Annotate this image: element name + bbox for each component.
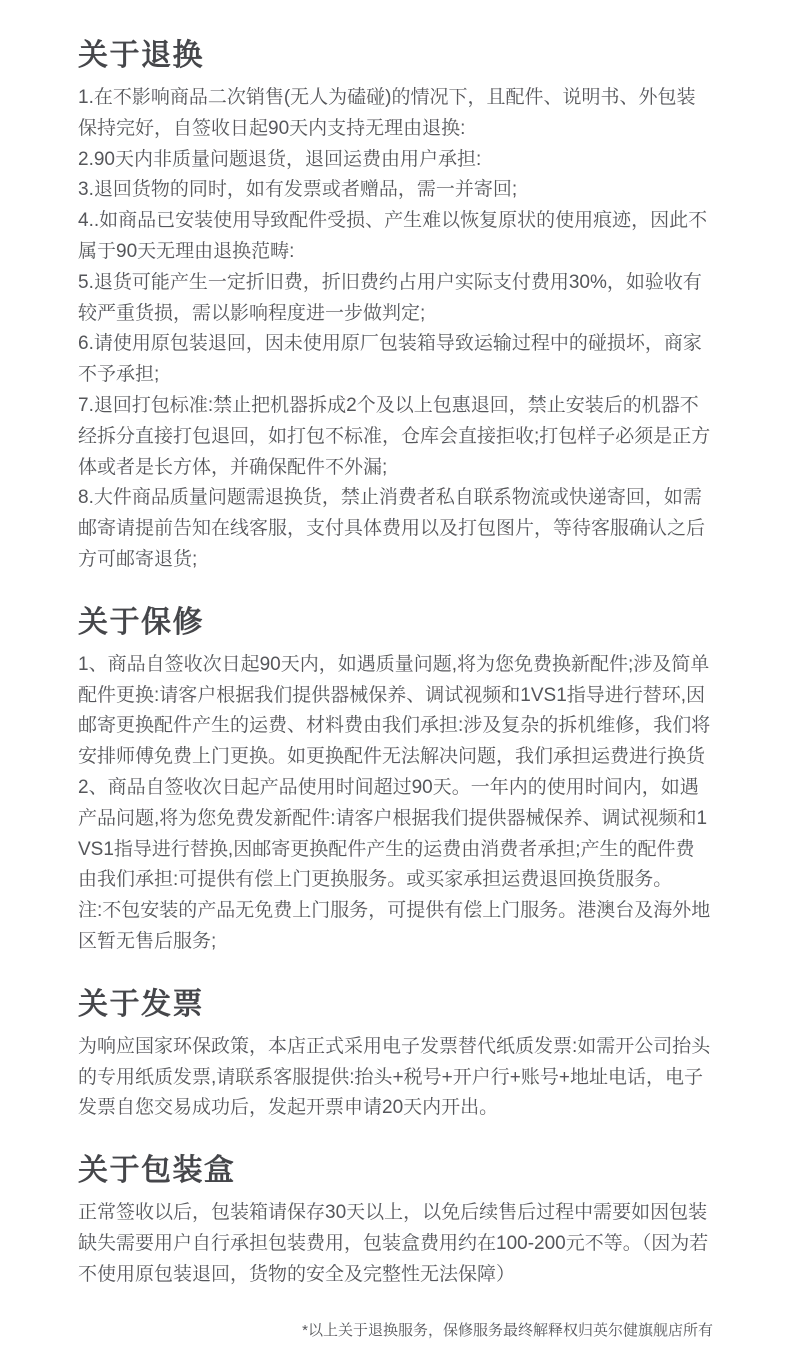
section-body: 为响应国家环保政策，本店正式采用电子发票替代纸质发票:如需开公司抬头的专用纸质发… xyxy=(78,1032,713,1124)
policy-paragraph: 注:不包安装的产品无免费上门服务，可提供有偿上门服务。港澳台及海外地区暂无售后服… xyxy=(78,896,713,958)
policy-paragraph: 8.大件商品质量问题需退换货，禁止消费者私自联系物流或快递寄回，如需邮寄请提前告… xyxy=(78,483,713,575)
section-body: 1.在不影响商品二次销售(无人为磕碰)的情况下，且配件、说明书、外包装保持完好，… xyxy=(78,83,713,576)
policy-paragraph: 7.退回打包标准:禁止把机器拆成2个及以上包惠退回，禁止安装后的机器不经拆分直接… xyxy=(78,391,713,483)
policy-section: 关于退换 1.在不影响商品二次销售(无人为磕碰)的情况下，且配件、说明书、外包装… xyxy=(78,38,713,576)
policy-section: 关于保修 1、商品自签收次日起90天内，如遇质量问题,将为您免费换新配件;涉及简… xyxy=(78,605,713,958)
section-title: 关于保修 xyxy=(78,605,713,641)
service-policy-page: 关于退换 1.在不影响商品二次销售(无人为磕碰)的情况下，且配件、说明书、外包装… xyxy=(0,0,790,1355)
policy-section: 关于发票 为响应国家环保政策，本店正式采用电子发票替代纸质发票:如需开公司抬头的… xyxy=(78,987,713,1124)
section-body: 正常签收以后，包装箱请保存30天以上，以免后续售后过程中需要如因包装缺失需要用户… xyxy=(78,1198,713,1290)
section-title: 关于发票 xyxy=(78,987,713,1023)
policy-paragraph: 6.请使用原包装退回，因未使用原厂包装箱导致运输过程中的碰损坏，商家不予承担; xyxy=(78,329,713,391)
policy-paragraph: 1.在不影响商品二次销售(无人为磕碰)的情况下，且配件、说明书、外包装保持完好，… xyxy=(78,83,713,145)
policy-paragraph: 1、商品自签收次日起90天内，如遇质量问题,将为您免费换新配件;涉及简单配件更换… xyxy=(78,650,713,773)
policy-paragraph: 4..如商品已安装使用导致配件受损、产生难以恢复原状的使用痕迹，因此不属于90天… xyxy=(78,206,713,268)
disclaimer-text: *以上关于退换服务，保修服务最终解释权归英尔健旗舰店所有 xyxy=(78,1320,713,1342)
policy-paragraph: 3.退回货物的同时，如有发票或者赠品，需一并寄回; xyxy=(78,175,713,206)
policy-section: 关于包装盒 正常签收以后，包装箱请保存30天以上，以免后续售后过程中需要如因包装… xyxy=(78,1153,713,1290)
policy-sections: 关于退换 1.在不影响商品二次销售(无人为磕碰)的情况下，且配件、说明书、外包装… xyxy=(78,38,713,1291)
section-body: 1、商品自签收次日起90天内，如遇质量问题,将为您免费换新配件;涉及简单配件更换… xyxy=(78,650,713,958)
policy-paragraph: 5.退货可能产生一定折旧费，折旧费约占用户实际支付费用30%，如验收有较严重货损… xyxy=(78,268,713,330)
policy-paragraph: 正常签收以后，包装箱请保存30天以上，以免后续售后过程中需要如因包装缺失需要用户… xyxy=(78,1198,713,1290)
policy-paragraph: 2、商品自签收次日起产品使用时间超过90天。一年内的使用时间内，如遇产品问题,将… xyxy=(78,773,713,896)
section-title: 关于包装盒 xyxy=(78,1153,713,1189)
policy-paragraph: 为响应国家环保政策，本店正式采用电子发票替代纸质发票:如需开公司抬头的专用纸质发… xyxy=(78,1032,713,1124)
policy-paragraph: 2.90天内非质量问题退货，退回运费由用户承担: xyxy=(78,145,713,176)
section-title: 关于退换 xyxy=(78,38,713,74)
